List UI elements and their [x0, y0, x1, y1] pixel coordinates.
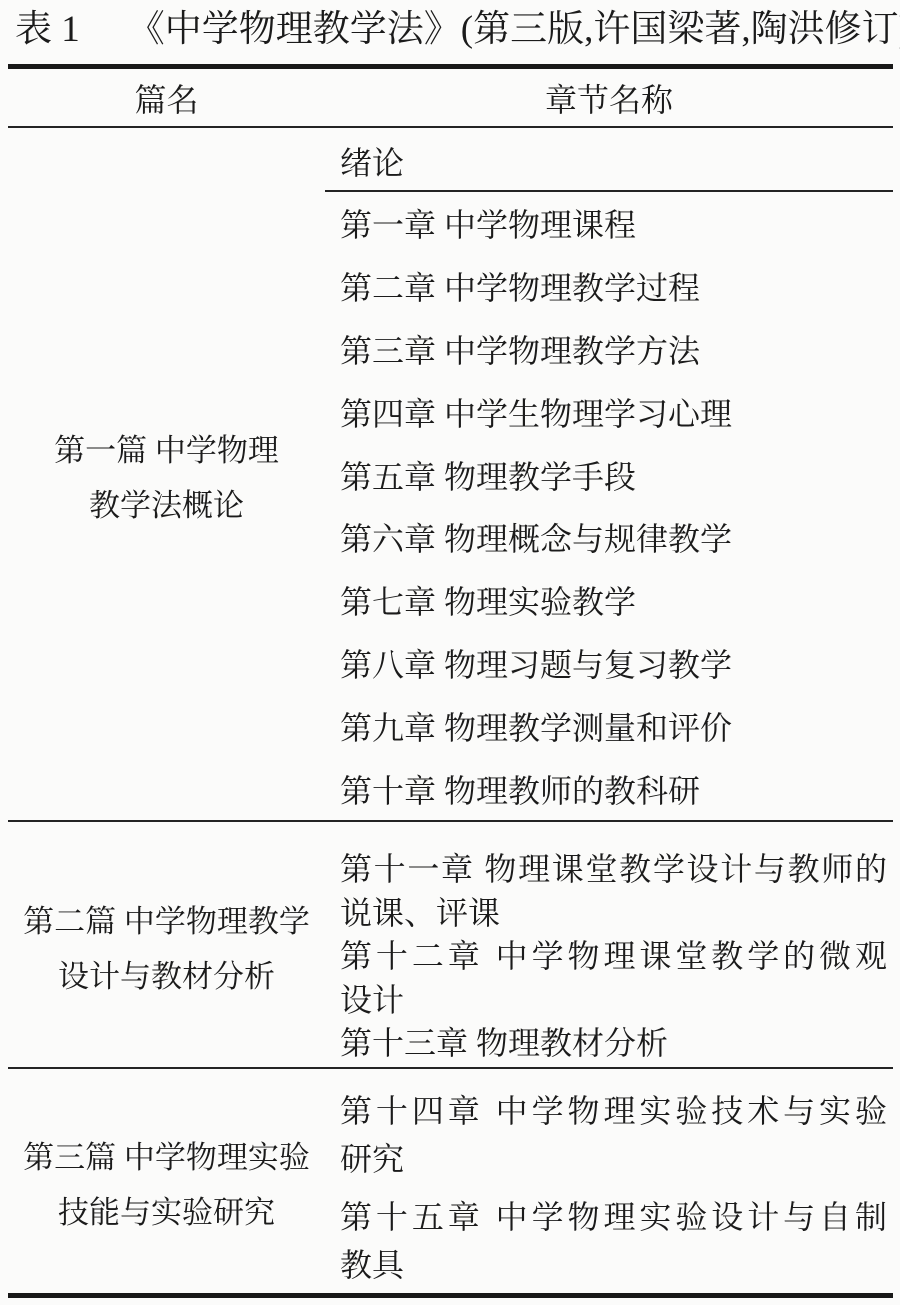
part-name-line-2: 设计与教材分析 [58, 949, 275, 1004]
chapter-list-cell: 绪论 第一章 中学物理课程 第二章 中学物理教学过程 第三章 中学物理教学方法 … [325, 128, 893, 820]
chapter-row: 第五章 物理教学手段 [325, 443, 893, 506]
table-section-part1: 第一篇 中学物理 教学法概论 绪论 第一章 中学物理课程 第二章 中学物理教学过… [8, 128, 893, 822]
chapter-row: 第九章 物理教学测量和评价 [325, 694, 893, 757]
part-name-line-2: 教学法概论 [89, 478, 244, 533]
chapter-list-cell: 第十一章 物理课堂教学设计与教师的 说课、评课 第十二章 中学物理课堂教学的微观… [325, 822, 893, 1067]
part-name-line-2: 技能与实验研究 [58, 1185, 275, 1240]
chapter-row: 第三章 中学物理教学方法 [325, 318, 893, 381]
chapter-line: 教具 [340, 1241, 887, 1289]
chapter-line: 第十五章 中学物理实验设计与自制 [340, 1193, 887, 1241]
chapter-row: 第十章 物理教师的教科研 [325, 757, 893, 820]
column-header-part-name: 篇名 [8, 69, 325, 126]
contents-table: 篇名 章节名称 第一篇 中学物理 教学法概论 绪论 第一章 中学物理课程 第二章… [8, 64, 893, 1298]
document-page: 表 1 《中学物理教学法》(第三版,许国梁著,陶洪修订) 篇名 章节名称 第一篇… [0, 0, 900, 1305]
chapter-line: 设计 [340, 979, 887, 1023]
chapter-entry-12: 第十二章 中学物理课堂教学的微观 设计 [340, 935, 887, 1022]
table-caption: 表 1 《中学物理教学法》(第三版,许国梁著,陶洪修订) [0, 0, 900, 64]
chapter-row: 第一章 中学物理课程 [325, 192, 893, 255]
part-name-cell: 第三篇 中学物理实验 技能与实验研究 [8, 1069, 325, 1293]
chapter-row: 第二章 中学物理教学过程 [325, 255, 893, 318]
chapter-list-cell: 第十四章 中学物理实验技术与实验 研究 第十五章 中学物理实验设计与自制 教具 [325, 1069, 893, 1293]
chapter-entry-15: 第十五章 中学物理实验设计与自制 教具 [340, 1193, 887, 1289]
chapter-entry-13: 第十三章 物理教材分析 [340, 1022, 887, 1066]
chapter-line: 第十三章 物理教材分析 [340, 1022, 887, 1066]
table-title-text: 《中学物理教学法》(第三版,许国梁著,陶洪修订) [128, 8, 900, 52]
chapter-line: 第十二章 中学物理课堂教学的微观 [340, 935, 887, 979]
part-name-cell: 第一篇 中学物理 教学法概论 [8, 128, 325, 820]
chapter-row: 第六章 物理概念与规律教学 [325, 506, 893, 569]
chapter-line: 第十一章 物理课堂教学设计与教师的 [340, 848, 887, 892]
table-section-part2: 第二篇 中学物理教学 设计与教材分析 第十一章 物理课堂教学设计与教师的 说课、… [8, 822, 893, 1069]
part-name-line-1: 第三篇 中学物理实验 [23, 1130, 310, 1185]
part-name-line-1: 第二篇 中学物理教学 [23, 894, 310, 949]
table-header-row: 篇名 章节名称 [8, 69, 893, 128]
chapter-entry-14: 第十四章 中学物理实验技术与实验 研究 [340, 1087, 887, 1183]
chapter-line: 说课、评课 [340, 892, 887, 936]
column-header-chapter-name: 章节名称 [325, 69, 893, 126]
intro-row: 绪论 [325, 128, 893, 192]
chapter-row: 第四章 中学生物理学习心理 [325, 380, 893, 443]
table-section-part3: 第三篇 中学物理实验 技能与实验研究 第十四章 中学物理实验技术与实验 研究 第… [8, 1069, 893, 1293]
chapter-entry-11: 第十一章 物理课堂教学设计与教师的 说课、评课 [340, 848, 887, 935]
chapter-line: 第十四章 中学物理实验技术与实验 [340, 1087, 887, 1135]
part-name-cell: 第二篇 中学物理教学 设计与教材分析 [8, 822, 325, 1067]
chapter-line: 研究 [340, 1135, 887, 1183]
chapter-row: 第七章 物理实验教学 [325, 569, 893, 632]
part-name-line-1: 第一篇 中学物理 [54, 423, 279, 478]
chapter-row: 第八章 物理习题与复习教学 [325, 632, 893, 695]
table-number: 表 1 [15, 8, 80, 52]
